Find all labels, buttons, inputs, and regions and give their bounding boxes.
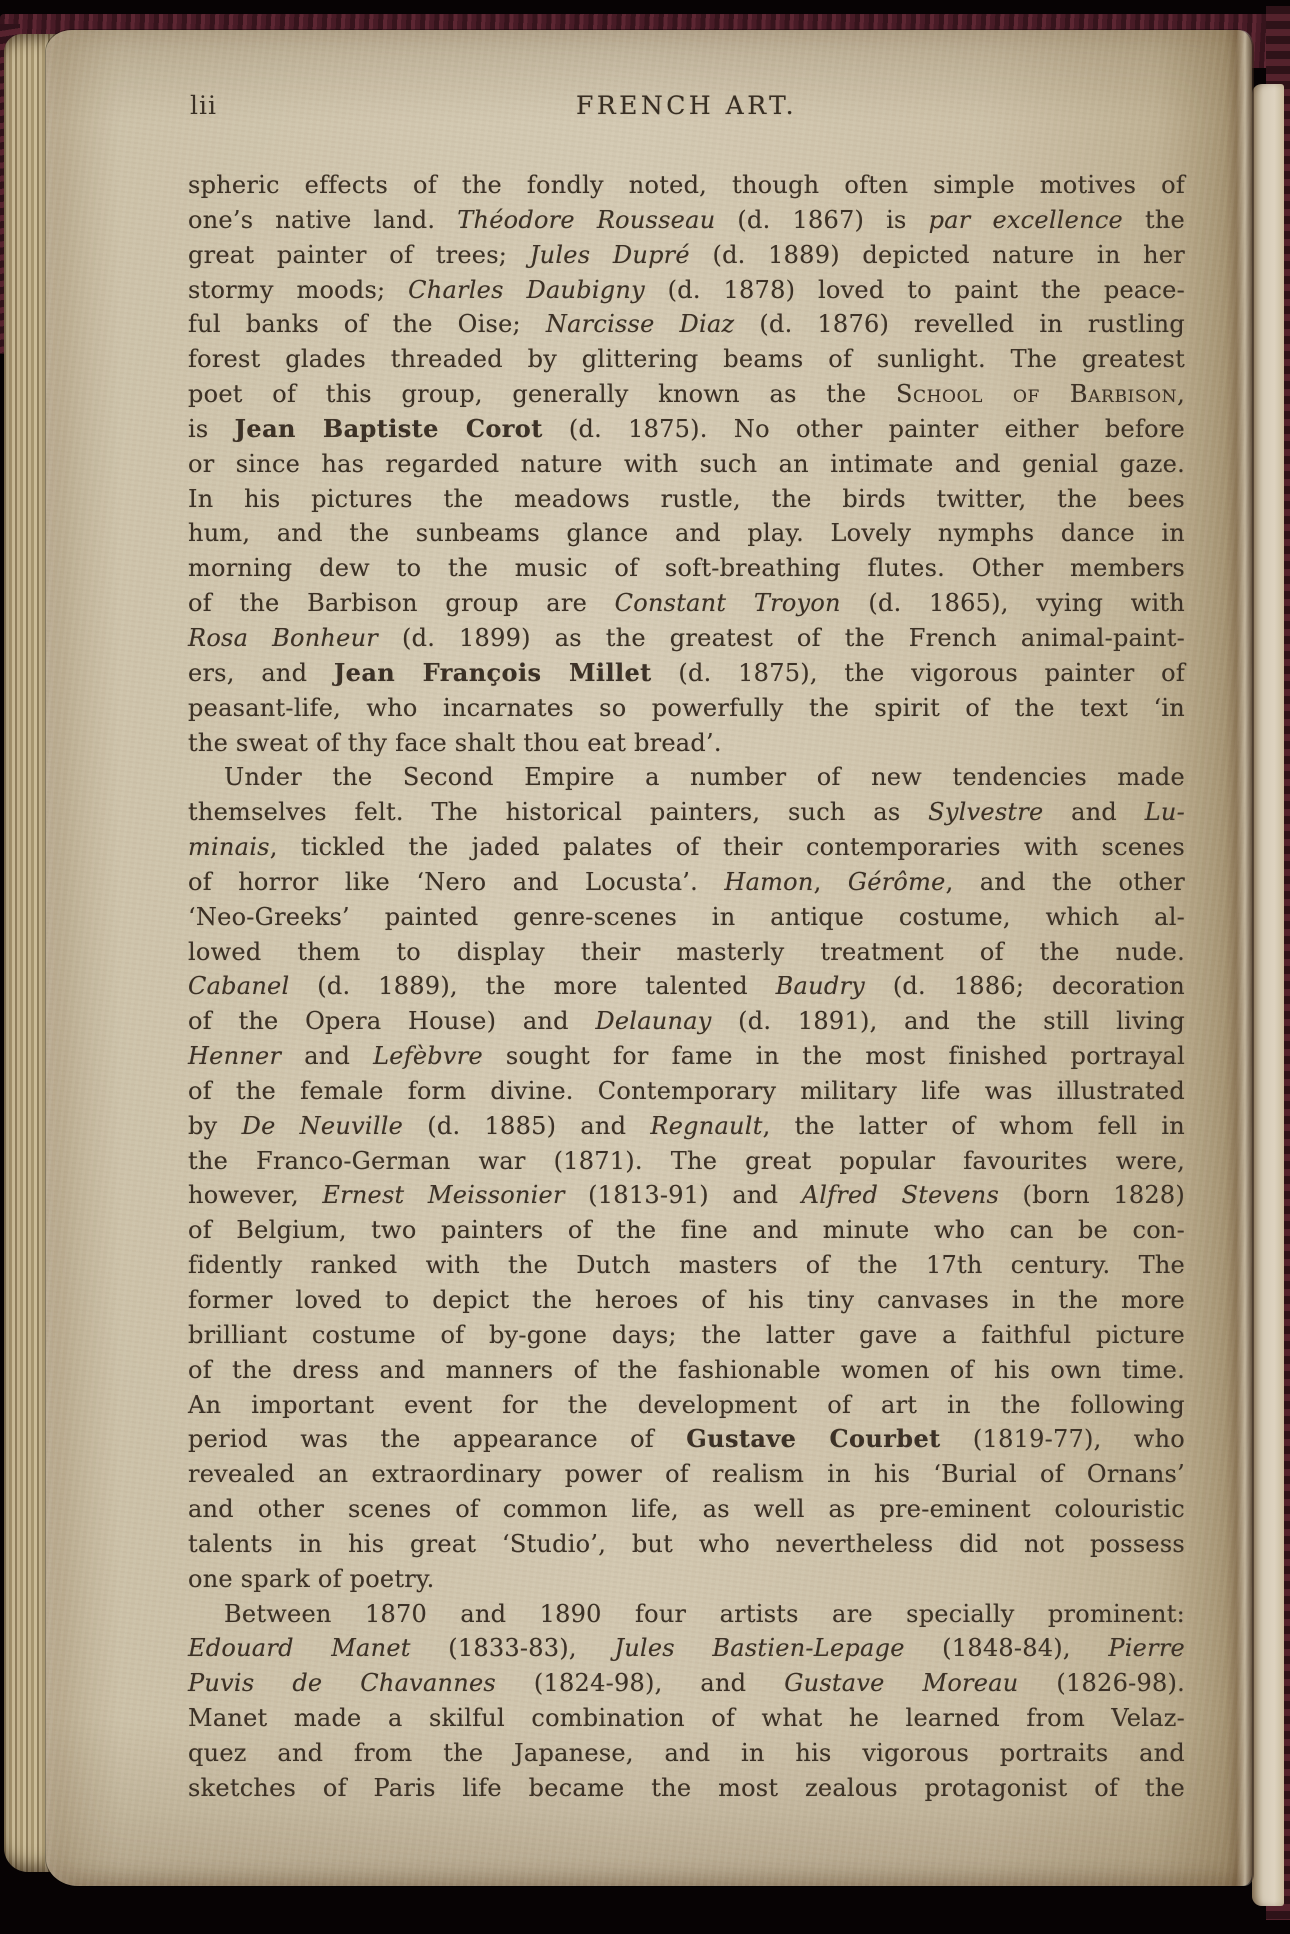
text-line: Puvis de Chavannes (1824-98), and Gustav… <box>188 1666 1185 1701</box>
text-line: or since has regarded nature with such a… <box>188 447 1185 482</box>
text-line: former loved to depict the heroes of his… <box>188 1283 1185 1318</box>
text-line: of the Opera House) and Delaunay (d. 189… <box>188 1004 1185 1039</box>
page-number: lii <box>190 86 217 126</box>
text-line: fidently ranked with the Dutch masters o… <box>188 1248 1185 1283</box>
text-line: one spark of poetry. <box>188 1562 1185 1597</box>
text-line: ers, and Jean François Millet (d. 1875),… <box>188 656 1185 691</box>
book-photo: lii FRENCH ART. spheric effects of the f… <box>0 0 1290 1934</box>
text-block: lii FRENCH ART. spheric effects of the f… <box>188 86 1185 1806</box>
text-line: ‘Neo-Greeks’ painted genre-scenes in ant… <box>188 900 1185 935</box>
text-line: by De Neuville (d. 1885) and Regnault, t… <box>188 1109 1185 1144</box>
text-line: themselves felt. The historical painters… <box>188 795 1185 830</box>
text-line: sketches of Paris life became the most z… <box>188 1771 1185 1806</box>
running-head: FRENCH ART. <box>188 86 1185 126</box>
text-line: poet of this group, generally known as t… <box>188 377 1185 412</box>
text-line: An important event for the development o… <box>188 1388 1185 1423</box>
text-line: of horror like ‘Nero and Locusta’. Hamon… <box>188 865 1185 900</box>
text-line: In his pictures the meadows rustle, the … <box>188 482 1185 517</box>
text-line: hum, and the sunbeams glance and play. L… <box>188 516 1185 551</box>
text-line: quez and from the Japanese, and in his v… <box>188 1736 1185 1771</box>
page-text: spheric effects of the fondly noted, tho… <box>188 168 1185 1806</box>
text-line: minais, tickled the jaded palates of the… <box>188 830 1185 865</box>
text-line: spheric effects of the fondly noted, tho… <box>188 168 1185 203</box>
text-line: stormy moods; Charles Daubigny (d. 1878)… <box>188 273 1185 308</box>
text-line: of the female form divine. Contemporary … <box>188 1074 1185 1109</box>
text-line: Henner and Lefèbvre sought for fame in t… <box>188 1039 1185 1074</box>
text-line: morning dew to the music of soft-breathi… <box>188 551 1185 586</box>
text-line: one’s native land. Théodore Rousseau (d.… <box>188 203 1185 238</box>
text-line: brilliant costume of by-gone days; the l… <box>188 1318 1185 1353</box>
text-line: of the dress and manners of the fashiona… <box>188 1353 1185 1388</box>
running-head-row: lii FRENCH ART. <box>188 86 1185 126</box>
text-line: of the Barbison group are Constant Troyo… <box>188 586 1185 621</box>
text-line: Between 1870 and 1890 four artists are s… <box>188 1597 1185 1632</box>
text-line: however, Ernest Meissonier (1813-91) and… <box>188 1178 1185 1213</box>
text-line: forest glades threaded by glittering bea… <box>188 342 1185 377</box>
text-line: peasant-life, who incarnates so powerful… <box>188 691 1185 726</box>
text-line: revealed an extraordinary power of reali… <box>188 1457 1185 1492</box>
text-line: great painter of trees; Jules Dupré (d. … <box>188 238 1185 273</box>
book-page: lii FRENCH ART. spheric effects of the f… <box>46 30 1252 1886</box>
text-line: the Franco-German war (1871). The great … <box>188 1144 1185 1179</box>
facing-page-edge <box>1252 84 1284 1906</box>
text-line: and other scenes of common life, as well… <box>188 1492 1185 1527</box>
text-line: Rosa Bonheur (d. 1899) as the greatest o… <box>188 621 1185 656</box>
text-line: ful banks of the Oise; Narcisse Diaz (d.… <box>188 307 1185 342</box>
text-line: talents in his great ‘Studio’, but who n… <box>188 1527 1185 1562</box>
text-line: the sweat of thy face shalt thou eat bre… <box>188 726 1185 761</box>
text-line: lowed them to display their masterly tre… <box>188 935 1185 970</box>
text-line: Manet made a skilful combination of what… <box>188 1701 1185 1736</box>
text-line: Under the Second Empire a number of new … <box>188 760 1185 795</box>
page-fold-gutter <box>1226 30 1254 1886</box>
text-line: Cabanel (d. 1889), the more talented Bau… <box>188 969 1185 1004</box>
text-line: Edouard Manet (1833-83), Jules Bastien-L… <box>188 1631 1185 1666</box>
text-line: period was the appearance of Gustave Cou… <box>188 1422 1185 1457</box>
text-line: is Jean Baptiste Corot (d. 1875). No oth… <box>188 412 1185 447</box>
text-line: of Belgium, two painters of the fine and… <box>188 1213 1185 1248</box>
